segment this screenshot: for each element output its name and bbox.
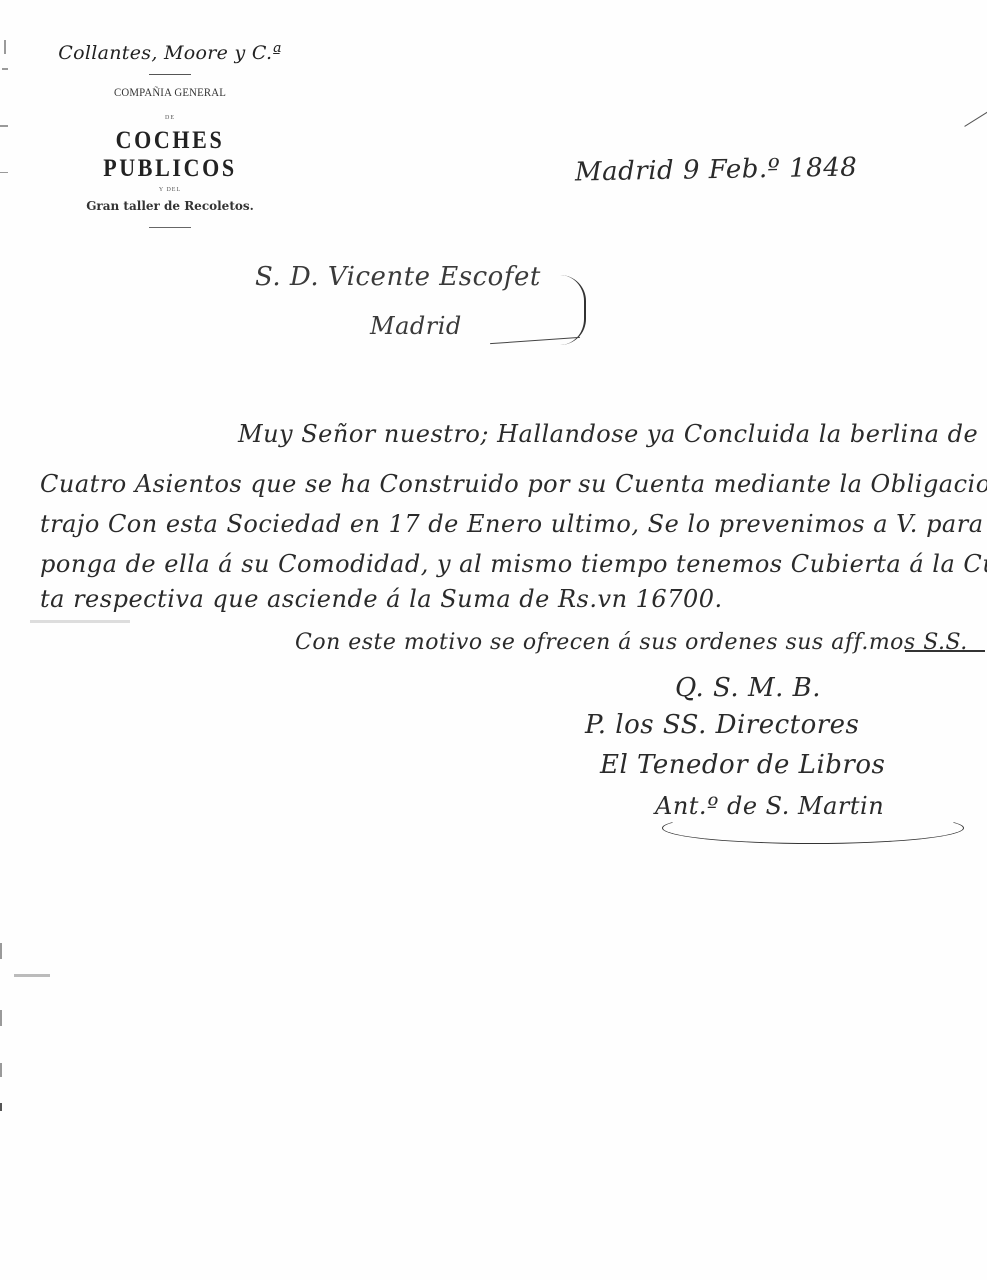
letterhead-rule-bottom [149,227,191,228]
body-line-3: trajo Con esta Sociedad en 17 de Enero u… [40,510,987,538]
letterhead-y-del: Y DEL [30,187,310,193]
scanned-letter-page: Collantes, Moore y C.ª COMPAÑIA GENERAL … [0,0,987,1280]
scan-artifact [0,1010,2,1026]
signature-bookkeeper-title: El Tenedor de Libros [600,750,885,780]
scan-artifact [4,40,6,54]
letter-closing: Con este motivo se ofrecen á sus ordenes… [295,630,968,655]
scan-artifact [0,943,2,959]
scan-artifact [0,172,8,173]
signature-qsmb: Q. S. M. B. [675,673,821,703]
signature-flourish [662,812,964,844]
letterhead-firm-name: Collantes, Moore y C.ª [30,42,310,64]
closing-flourish [905,650,985,652]
scan-artifact [0,125,8,127]
letter-addressee: S. D. Vicente Escofet [255,262,541,292]
letterhead-subtitle: Gran taller de Recoletos. [30,199,310,213]
body-line-4: ponga de ella á su Comodidad, y al mismo… [40,550,987,578]
scan-artifact [30,620,130,623]
letterhead: Collantes, Moore y C.ª COMPAÑIA GENERAL … [30,40,310,228]
body-line-5: ta respectiva que asciende á la Suma de … [40,585,723,613]
scan-artifact [2,68,8,70]
letterhead-rule [149,74,191,75]
signature-directors: P. los SS. Directores [585,710,859,740]
letter-date: Madrid 9 Feb.º 1848 [575,153,858,188]
letterhead-de: DE [30,115,310,121]
scan-artifact [0,1063,2,1077]
addressee-brace-flourish [560,275,586,345]
scan-artifact [14,974,50,977]
scan-mark-top-right [964,94,987,127]
letterhead-company: COMPAÑIA GENERAL [44,85,296,100]
body-line-1: Muy Señor nuestro; Hallandose ya Conclui… [238,420,978,448]
letter-city: Madrid [370,312,462,340]
scan-artifact [0,1103,2,1111]
body-line-2: Cuatro Asientos que se ha Construido por… [40,470,987,498]
letterhead-main-title: COCHES PUBLICOS [47,127,293,183]
